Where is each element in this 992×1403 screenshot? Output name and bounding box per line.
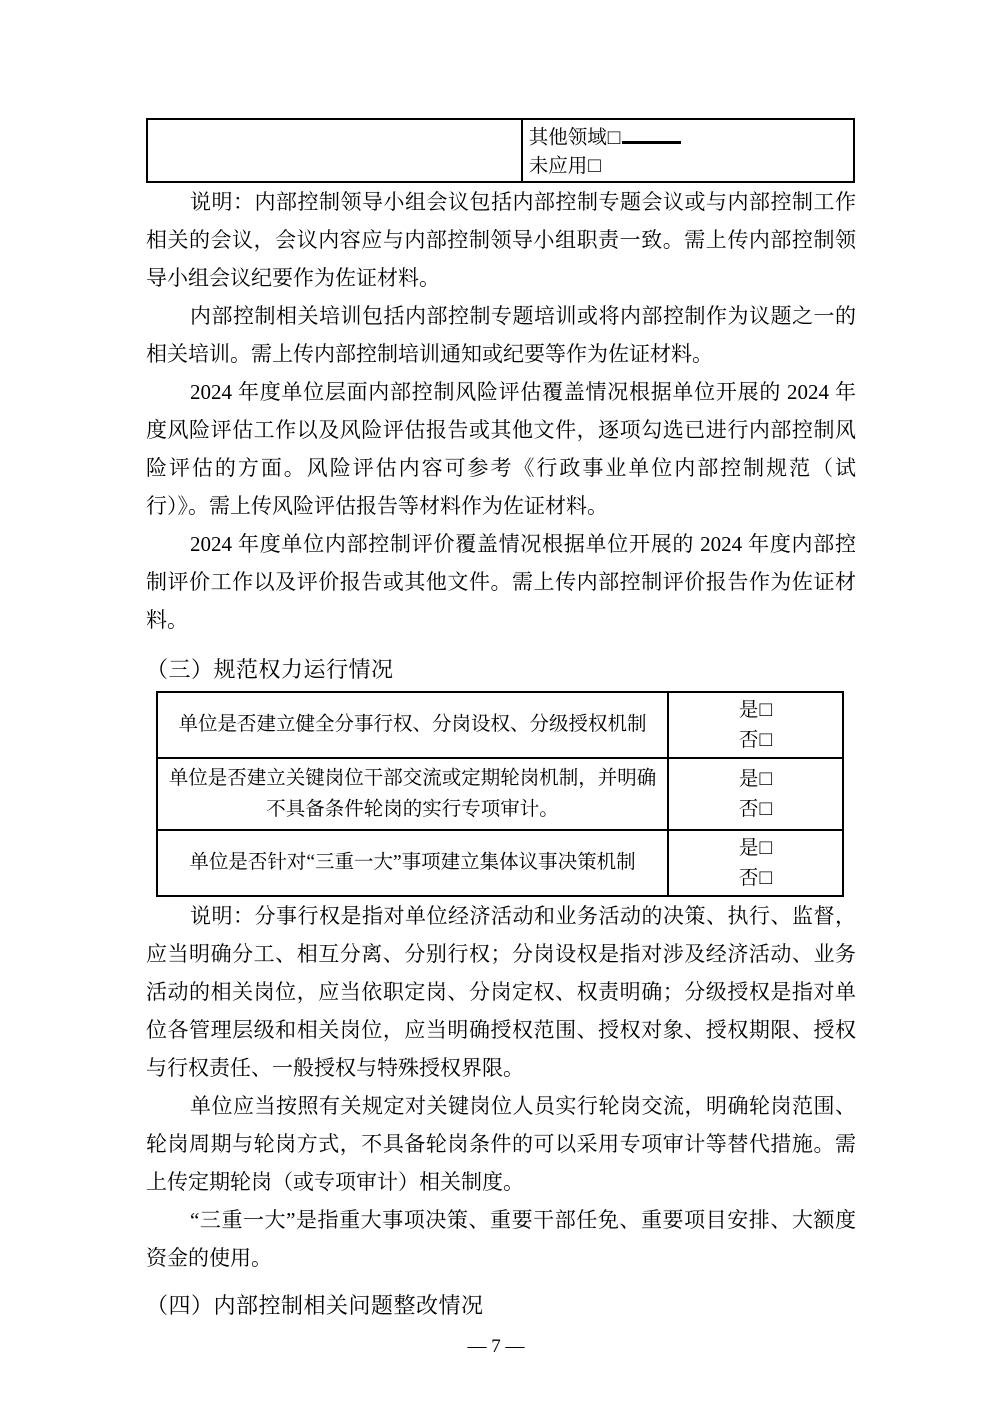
no-checkbox[interactable]: □ [759, 727, 772, 751]
no-label: 否 [739, 868, 759, 889]
note-paragraph-leading-group-meetings: 说明：内部控制领导小组会议包括内部控制专题会议或与内部控制工作相关的会议，会议内… [146, 183, 856, 297]
page-content: 其他领域□______ 未应用□ 说明：内部控制领导小组会议包括内部控制专题会议… [146, 118, 856, 1327]
no-label: 否 [739, 799, 759, 820]
yes-option: 是□ [677, 695, 834, 725]
yes-checkbox[interactable]: □ [759, 697, 772, 721]
not-applied-label: 未应用 [529, 156, 588, 177]
yes-option: 是□ [677, 833, 834, 863]
note-paragraph-training: 内部控制相关培训包括内部控制专题培训或将内部控制作为议题之一的相关培训。需上传内… [146, 297, 856, 373]
no-checkbox[interactable]: □ [759, 796, 772, 820]
power-regulation-table: 单位是否建立健全分事行权、分岗设权、分级授权机制 是□ 否□ 单位是否建立关键岗… [156, 691, 844, 897]
page-number: — 7 — [0, 1336, 992, 1358]
yes-label: 是 [739, 700, 759, 721]
table-row: 单位是否针对“三重一大”事项建立集体议事决策机制 是□ 否□ [157, 830, 843, 896]
no-option: 否□ [677, 794, 834, 824]
yes-checkbox[interactable]: □ [759, 766, 772, 790]
answer-cell: 是□ 否□ [668, 692, 843, 758]
other-areas-checkbox[interactable]: □ [608, 125, 621, 149]
no-checkbox[interactable]: □ [759, 865, 772, 889]
not-applied-checkbox[interactable]: □ [588, 153, 601, 177]
table-row: 单位是否建立健全分事行权、分岗设权、分级授权机制 是□ 否□ [157, 692, 843, 758]
note-paragraph-power-definitions: 说明：分事行权是指对单位经济活动和业务活动的决策、执行、监督，应当明确分工、相互… [146, 897, 856, 1087]
options-cell: 其他领域□______ 未应用□ [522, 119, 854, 182]
note-paragraph-risk-assessment: 2024 年度单位层面内部控制风险评估覆盖情况根据单位开展的 2024 年度风险… [146, 373, 856, 525]
yes-checkbox[interactable]: □ [759, 835, 772, 859]
question-cell: 单位是否建立关键岗位干部交流或定期轮岗机制，并明确不具备条件轮岗的实行专项审计。 [157, 758, 668, 830]
no-label: 否 [739, 730, 759, 751]
no-option: 否□ [677, 863, 834, 893]
empty-cell [147, 119, 522, 182]
note-paragraph-evaluation: 2024 年度单位内部控制评价覆盖情况根据单位开展的 2024 年度内部控制评价… [146, 525, 856, 639]
note-paragraph-three-major-one-large: “三重一大”是指重大事项决策、重要干部任免、重要项目安排、大额度资金的使用。 [146, 1201, 856, 1277]
application-areas-table: 其他领域□______ 未应用□ [146, 118, 855, 183]
question-cell: 单位是否针对“三重一大”事项建立集体议事决策机制 [157, 830, 668, 896]
answer-cell: 是□ 否□ [668, 830, 843, 896]
yes-label: 是 [739, 769, 759, 790]
other-areas-blank-line[interactable]: ______ [622, 121, 681, 144]
question-cell: 单位是否建立健全分事行权、分岗设权、分级授权机制 [157, 692, 668, 758]
section-heading-power-regulation: （三）规范权力运行情况 [146, 654, 856, 685]
yes-option: 是□ [677, 764, 834, 794]
table-row: 单位是否建立关键岗位干部交流或定期轮岗机制，并明确不具备条件轮岗的实行专项审计。… [157, 758, 843, 830]
table-row: 其他领域□______ 未应用□ [147, 119, 854, 182]
no-option: 否□ [677, 725, 834, 755]
note-paragraph-rotation: 单位应当按照有关规定对关键岗位人员实行轮岗交流，明确轮岗范围、轮岗周期与轮岗方式… [146, 1087, 856, 1201]
section-heading-rectification: （四）内部控制相关问题整改情况 [146, 1290, 856, 1321]
other-areas-option: 其他领域□______ [529, 121, 847, 152]
document-page: 其他领域□______ 未应用□ 说明：内部控制领导小组会议包括内部控制专题会议… [0, 0, 992, 1403]
not-applied-option: 未应用□ [529, 152, 847, 180]
answer-cell: 是□ 否□ [668, 758, 843, 830]
other-areas-label: 其他领域 [529, 128, 607, 149]
yes-label: 是 [739, 838, 759, 859]
